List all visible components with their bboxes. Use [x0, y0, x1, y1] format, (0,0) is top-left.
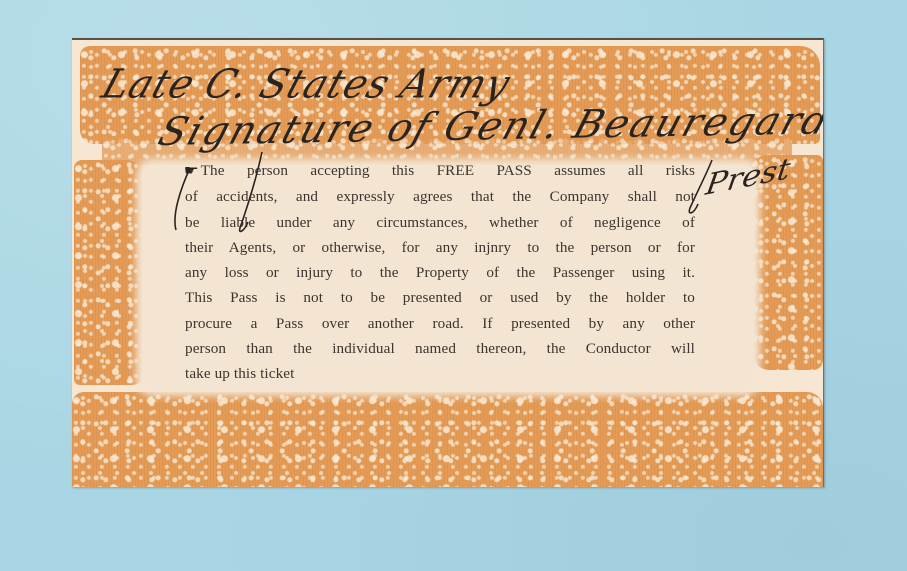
terms-line-8: person than the individual named thereon… [185, 336, 695, 361]
terms-line-6: This Pass is not to be presented or used… [185, 285, 695, 310]
terms-line-3: be liable under any circumstances, wheth… [185, 210, 695, 235]
orange-stamp-bottom [72, 392, 823, 487]
pointing-hand-icon: ☛ [184, 159, 199, 184]
terms-line-1: ☛The person accepting this FREE PASS ass… [185, 158, 695, 184]
terms-line-2: of accidents, and expressly agrees that … [185, 184, 695, 209]
orange-stamp-left [74, 160, 144, 385]
free-pass-card: ☛The person accepting this FREE PASS ass… [72, 38, 824, 487]
terms-line-9: take up this ticket [185, 361, 695, 386]
terms-line-5: any loss or injury to the Property of th… [185, 260, 695, 285]
terms-line-4: their Agents, or otherwise, for any injn… [185, 235, 695, 260]
pass-terms: ☛The person accepting this FREE PASS ass… [185, 158, 695, 387]
terms-line-7: procure a Pass over another road. If pre… [185, 311, 695, 336]
handwritten-army-line: Late C. States Army [96, 61, 516, 107]
